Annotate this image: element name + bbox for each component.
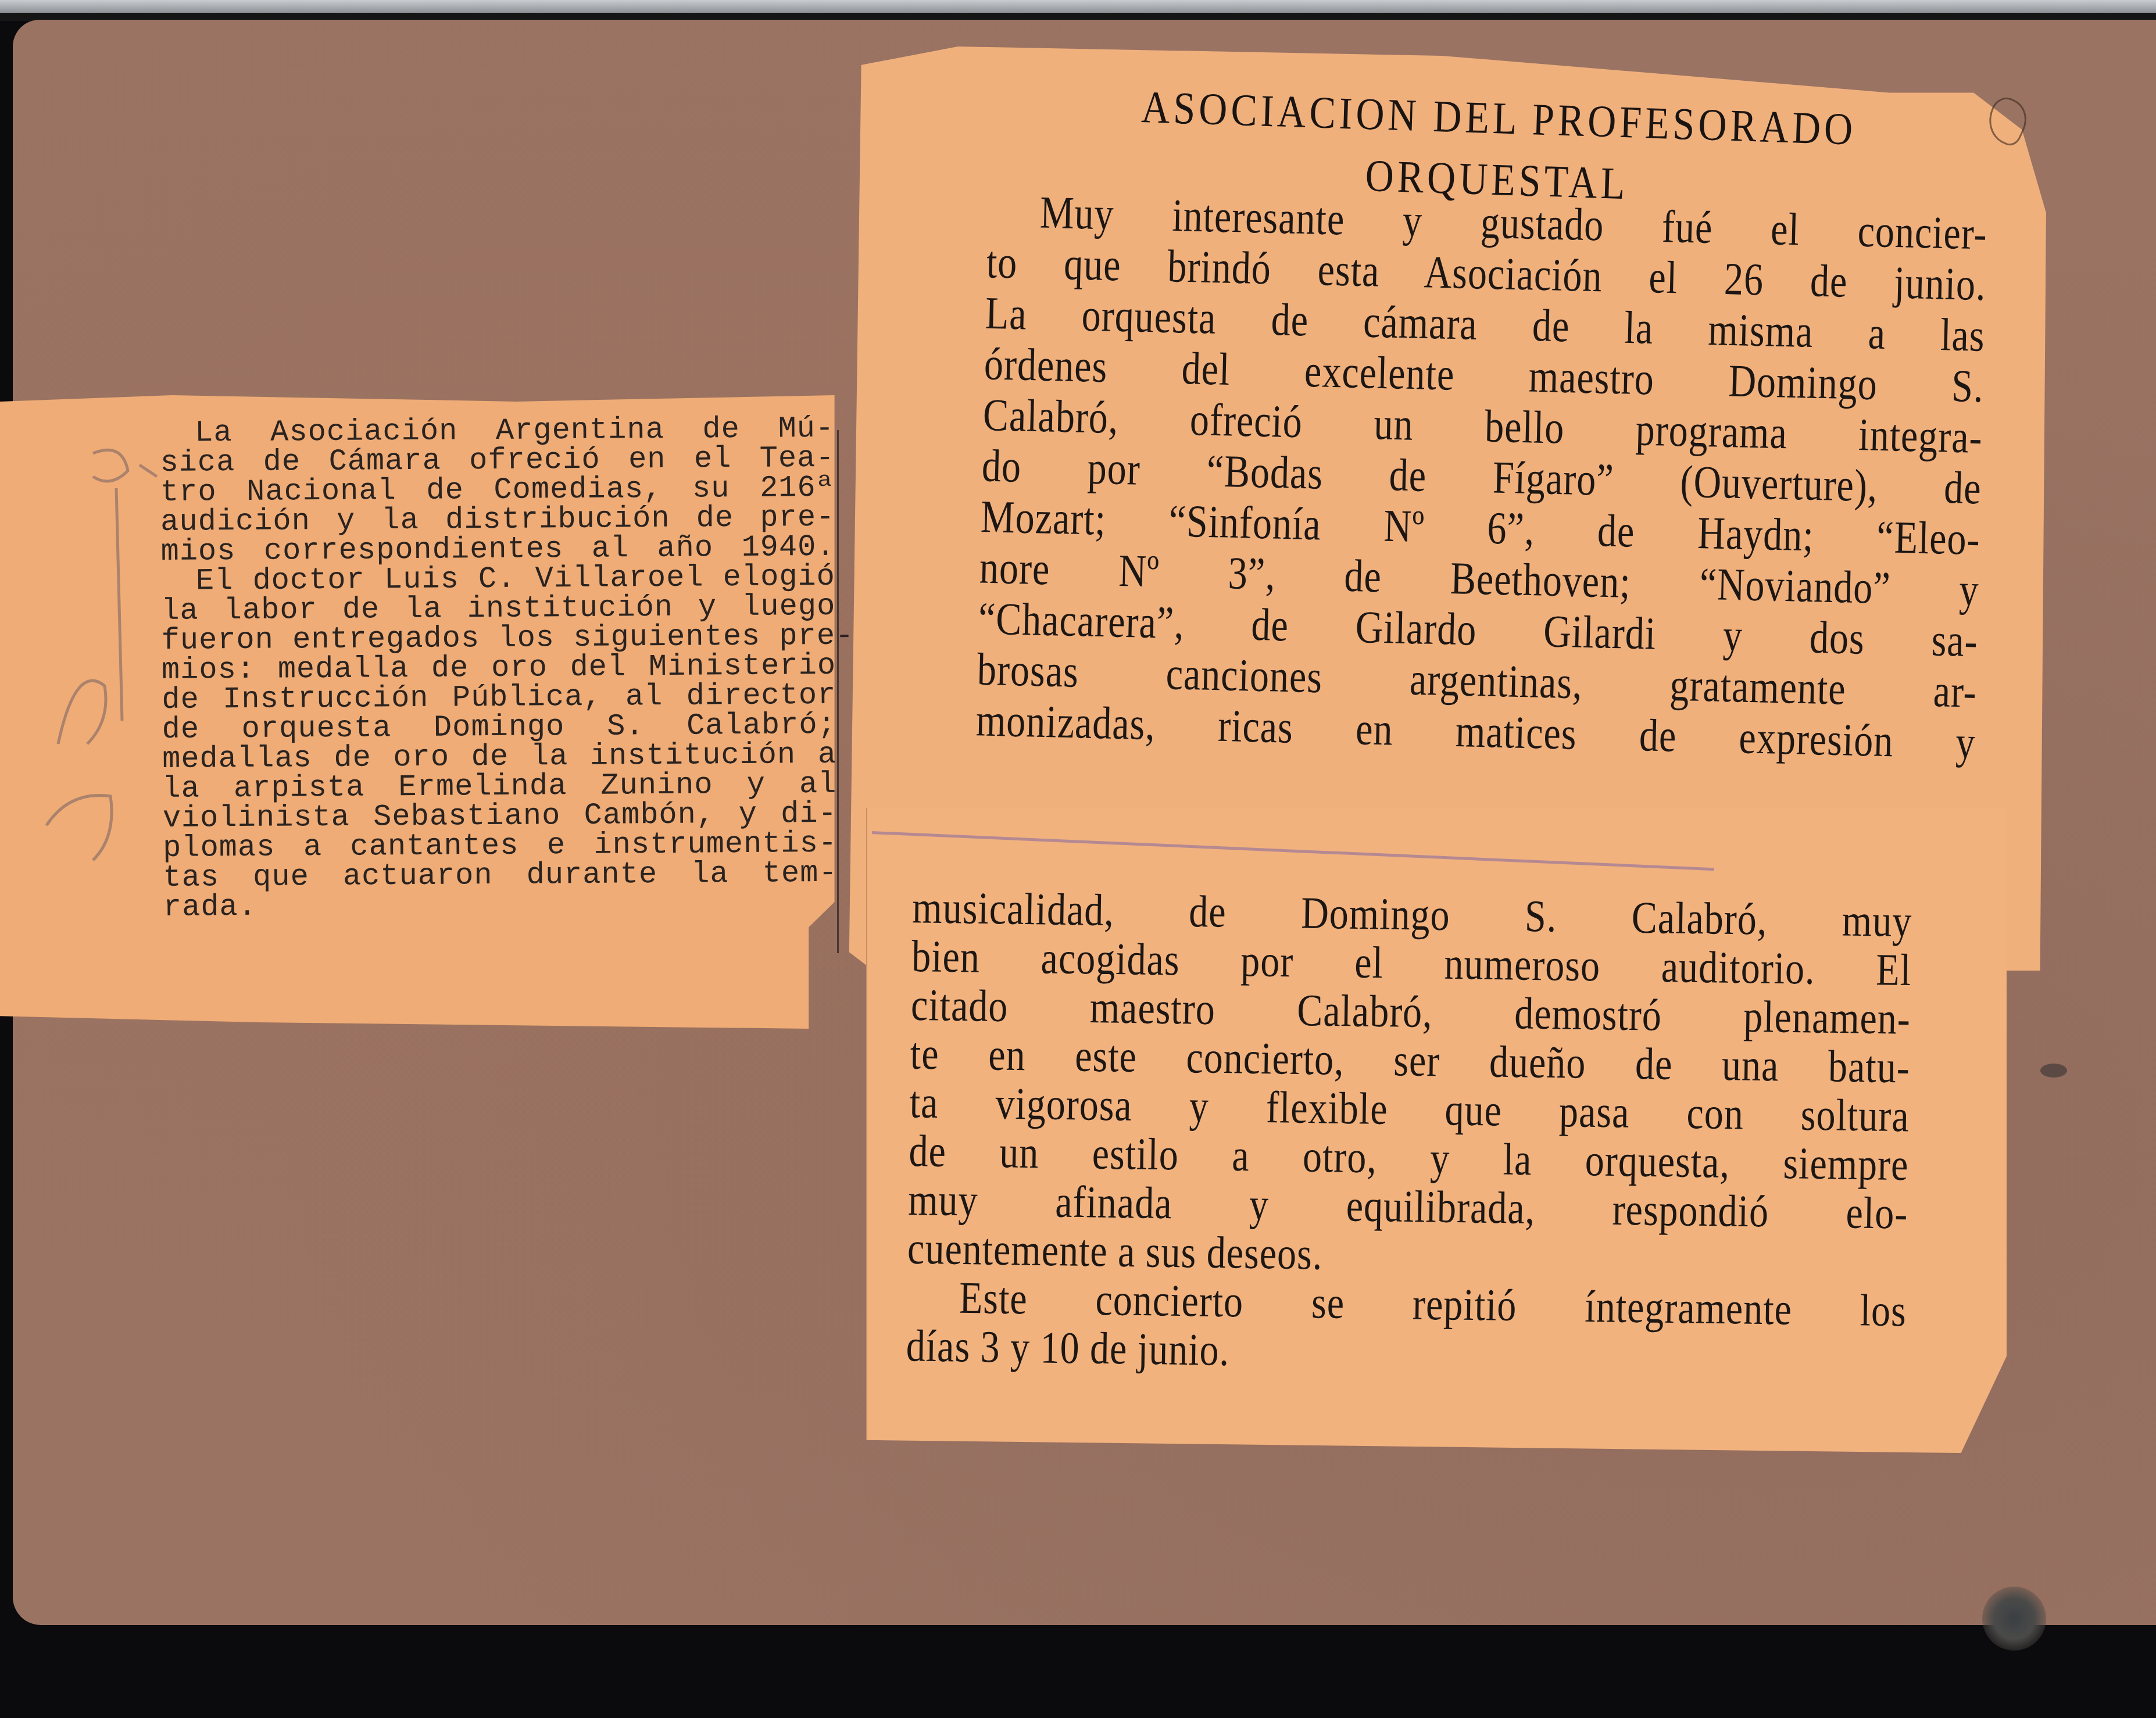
scanned-scrapbook-page: ASOCIACION DEL PROFESORADO ORQUESTAL Muy… [0, 0, 2156, 1718]
ink-stain [1982, 1587, 2046, 1651]
clipping-left-body: La Asociación Argentina de Mú- sica de C… [160, 414, 838, 922]
pin-mark [2040, 1064, 2067, 1078]
text-line: tas que actuaron durante la tem- [163, 858, 837, 893]
handwritten-pencil-note [23, 418, 163, 872]
clipping-right-body-top: Muy interesante y gustado fué el concier… [975, 186, 1987, 768]
clipping-right-body-bottom: musicalidad, de Domingo S. Calabró, muy … [906, 883, 1912, 1384]
scanner-lid-edge [0, 0, 2156, 13]
